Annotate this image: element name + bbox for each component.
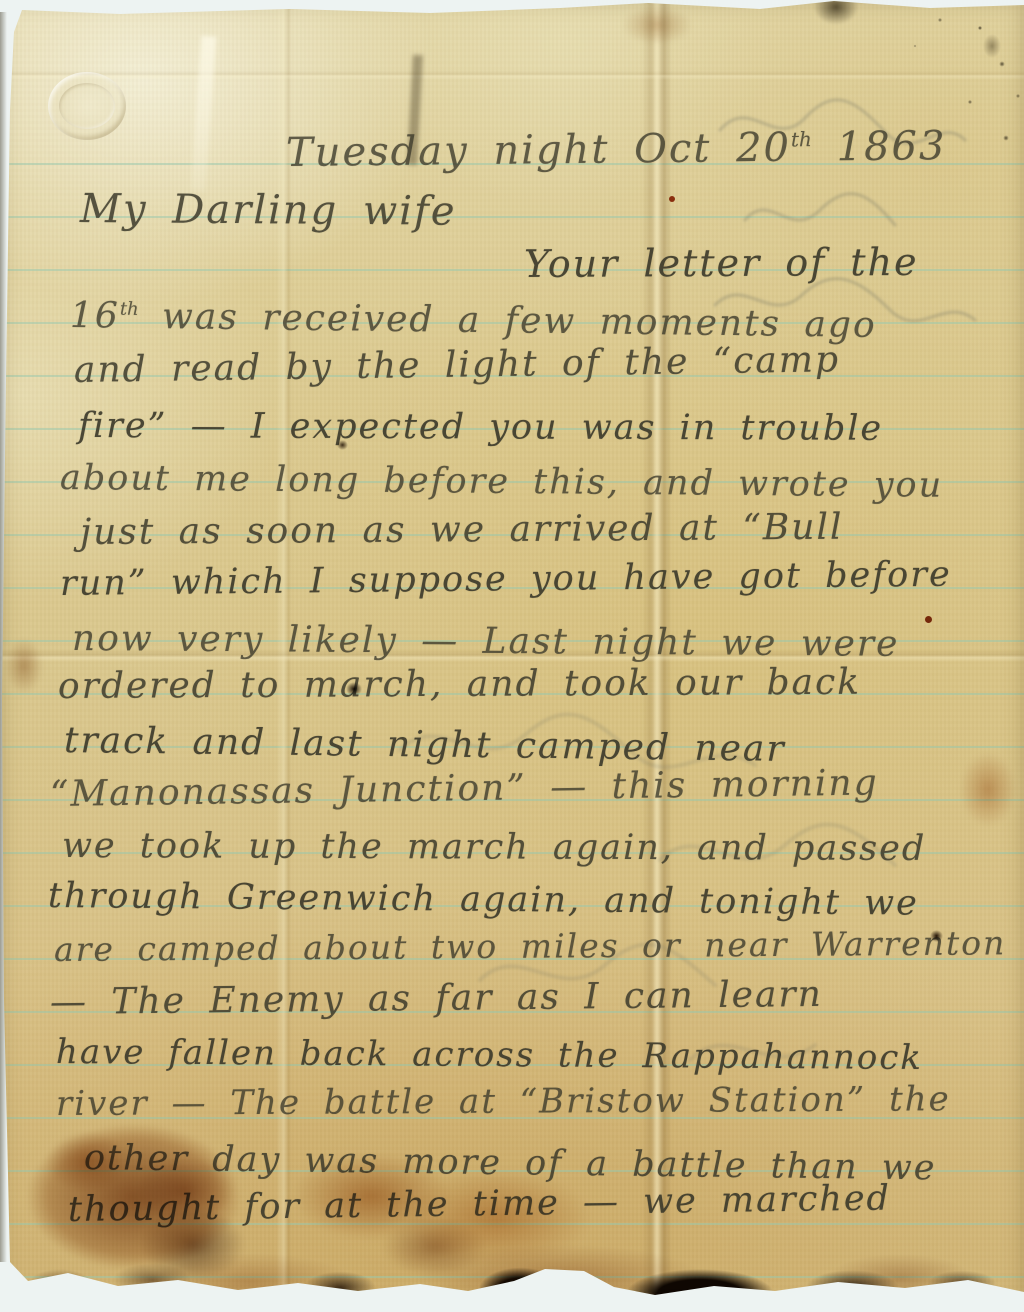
scanned-letter-page: Tuesday night Oct 20th 1863My Darling wi… (0, 0, 1024, 1312)
letter-paper-sheet: Tuesday night Oct 20th 1863My Darling wi… (0, 0, 1024, 1312)
paper-edge-shading (0, 0, 1024, 1312)
